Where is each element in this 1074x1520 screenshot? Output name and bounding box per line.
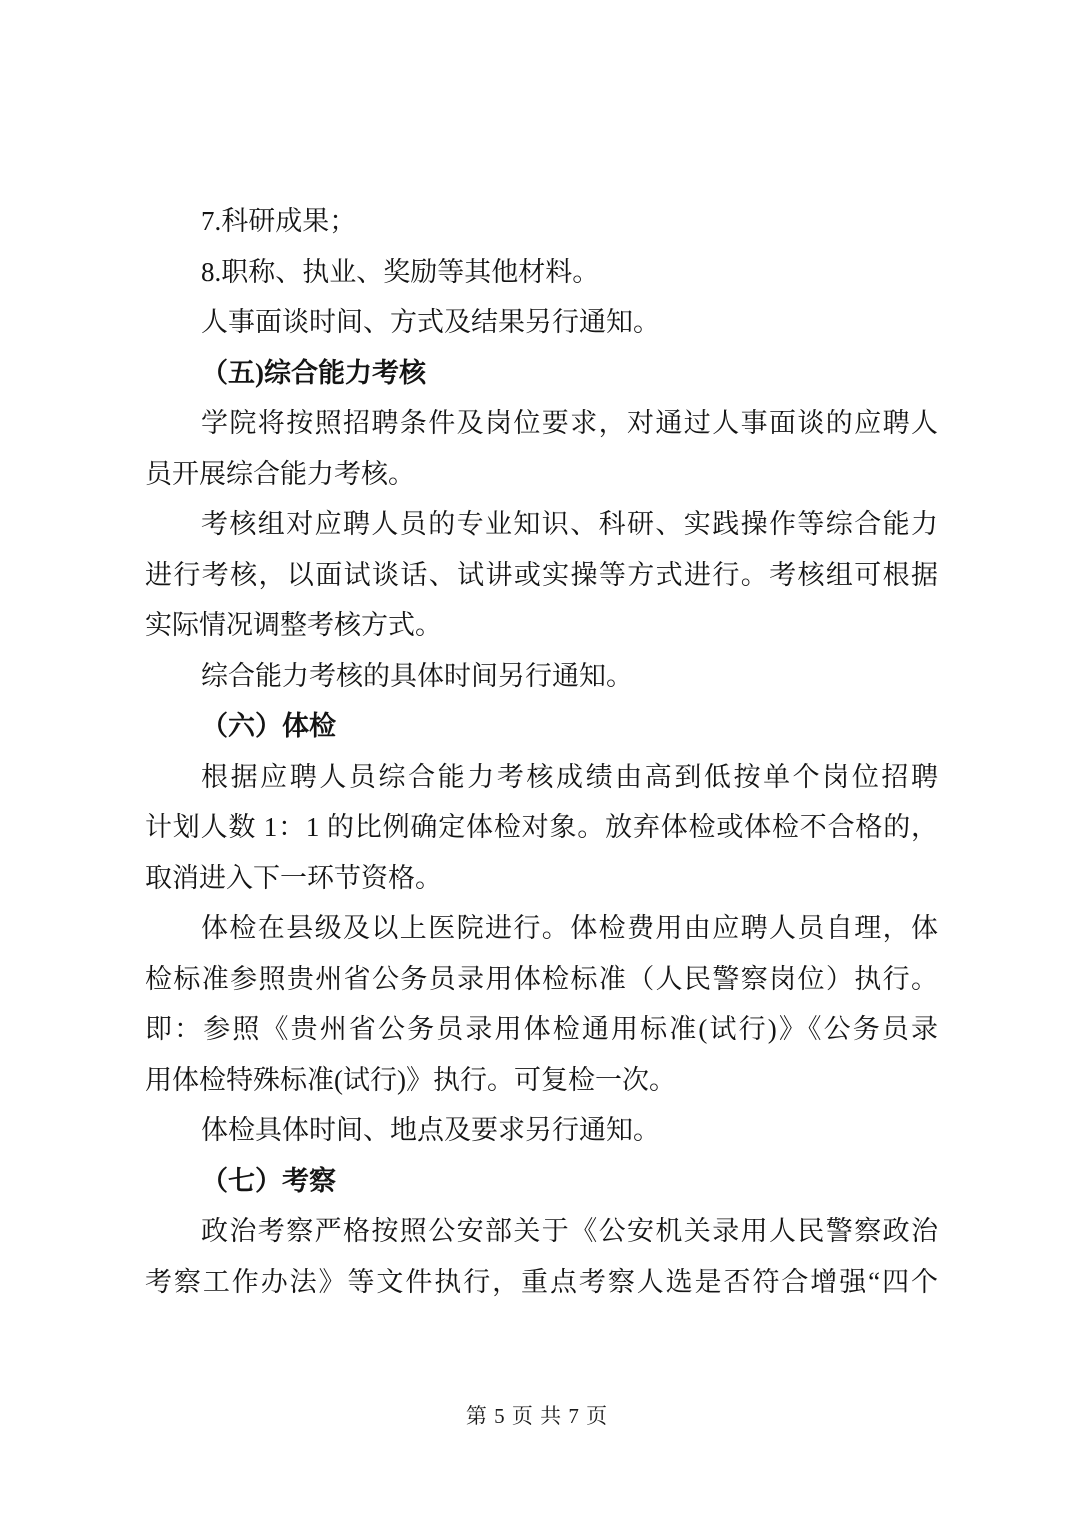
text-line: 即：参照《贵州省公务员录用体检通用标准(试行)》《公务员录 — [145, 1004, 938, 1055]
section-heading: （五)综合能力考核 — [145, 348, 938, 399]
text-line: 根据应聘人员综合能力考核成绩由高到低按单个岗位招聘 — [145, 752, 938, 803]
text-line: 7.科研成果； — [145, 196, 938, 247]
page-number: 第 5 页 共 7 页 — [466, 1404, 608, 1428]
text-line: 8.职称、执业、奖励等其他材料。 — [145, 247, 938, 298]
text-line: 用体检特殊标准(试行)》执行。可复检一次。 — [145, 1055, 938, 1106]
text-line: 学院将按照招聘条件及岗位要求，对通过人事面谈的应聘人 — [145, 398, 938, 449]
text-line: 政治考察严格按照公安部关于《公安机关录用人民警察政治 — [145, 1206, 938, 1257]
page-footer: 第 5 页 共 7 页 — [0, 1400, 1074, 1430]
text-line: 取消进入下一环节资格。 — [145, 853, 938, 904]
text-line: 考核组对应聘人员的专业知识、科研、实践操作等综合能力 — [145, 499, 938, 550]
text-line: 体检具体时间、地点及要求另行通知。 — [145, 1105, 938, 1156]
text-line: 综合能力考核的具体时间另行通知。 — [145, 651, 938, 702]
text-line: 人事面谈时间、方式及结果另行通知。 — [145, 297, 938, 348]
text-line: 员开展综合能力考核。 — [145, 449, 938, 500]
text-line: 体检在县级及以上医院进行。体检费用由应聘人员自理，体 — [145, 903, 938, 954]
document-body: 7.科研成果；8.职称、执业、奖励等其他材料。人事面谈时间、方式及结果另行通知。… — [145, 196, 938, 1307]
text-line: 实际情况调整考核方式。 — [145, 600, 938, 651]
section-heading: （六）体检 — [145, 701, 938, 752]
section-heading: （七）考察 — [145, 1156, 938, 1207]
text-line: 检标准参照贵州省公务员录用体检标准（人民警察岗位）执行。 — [145, 954, 938, 1005]
text-line: 进行考核，以面试谈话、试讲或实操等方式进行。考核组可根据 — [145, 550, 938, 601]
document-page: 7.科研成果；8.职称、执业、奖励等其他材料。人事面谈时间、方式及结果另行通知。… — [0, 0, 1074, 1520]
text-line: 考察工作办法》等文件执行，重点考察人选是否符合增强“四个 — [145, 1257, 938, 1308]
text-line: 计划人数 1：1 的比例确定体检对象。放弃体检或体检不合格的， — [145, 802, 938, 853]
